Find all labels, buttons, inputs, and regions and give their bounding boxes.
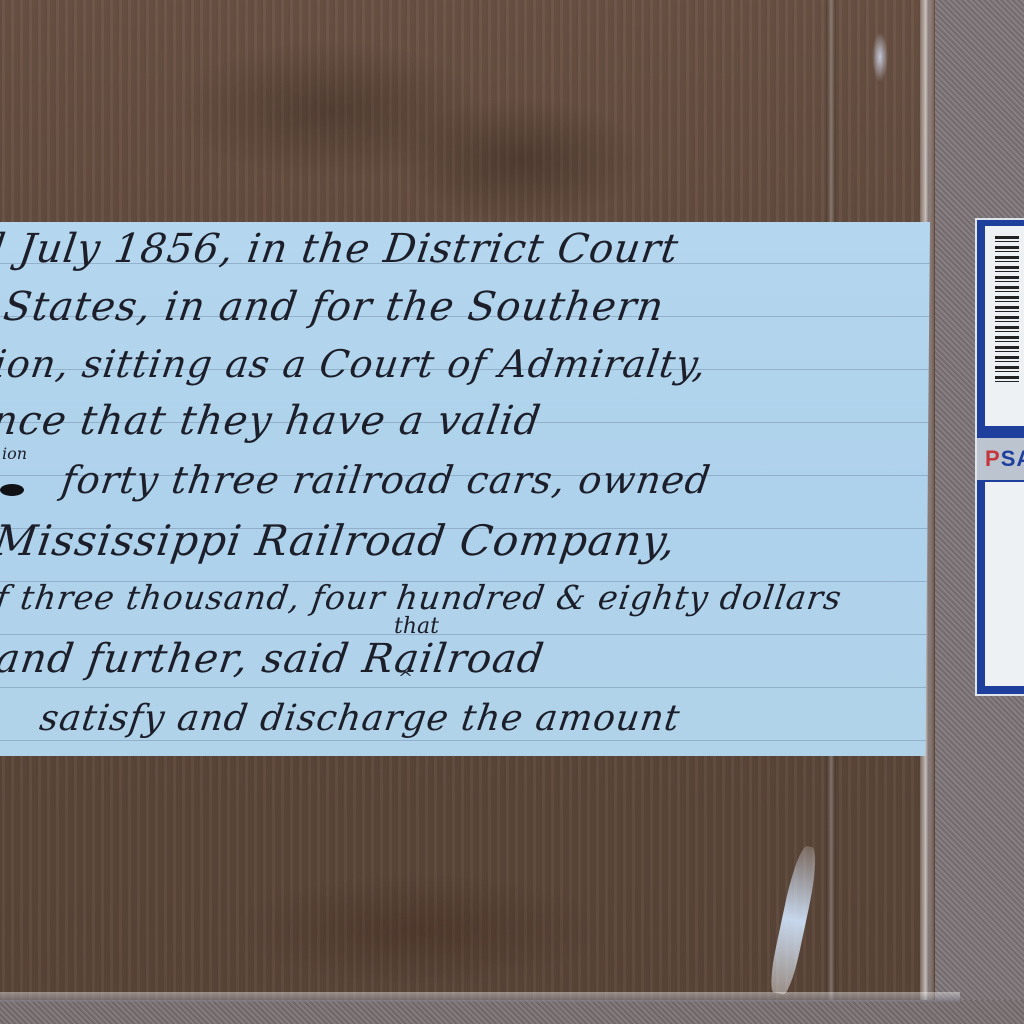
insertion-caret: ^ [398, 668, 413, 689]
psa-label-bottom-panel [985, 482, 1024, 686]
document-line-6: Mississippi Railroad Company, [0, 516, 679, 565]
psa-logo: PSA [985, 446, 1024, 472]
psa-logo-sa: SA [1001, 446, 1024, 471]
document-line-9: satisfy and discharge the amount [37, 698, 683, 739]
ink-blot [0, 484, 24, 496]
slab-bottom-edge [0, 992, 960, 1002]
psa-logo-p: P [985, 446, 1001, 471]
document-line-3: ion, sitting as a Court of Admiralty, [0, 342, 710, 386]
light-glare-top [872, 32, 888, 82]
barcode-icon [995, 236, 1019, 386]
margin-fragment: ion [2, 444, 27, 463]
document-line-8: and further, said Railroad [0, 636, 547, 682]
document-line-4: nce that they have a valid [0, 398, 544, 444]
psa-label: PSA [975, 218, 1024, 696]
document-line-1: l July 1856, in the District Court [0, 226, 682, 272]
psa-label-top-panel [985, 226, 1024, 426]
document-line-5: forty three railroad cars, owned [59, 458, 714, 502]
handwritten-document: l July 1856, in the District Court State… [0, 222, 930, 756]
document-line-7: f three thousand, four hundred & eighty … [0, 578, 845, 617]
document-line-2: States, in and for the Southern [1, 284, 667, 330]
carpet-background-bottom [0, 1000, 1024, 1024]
